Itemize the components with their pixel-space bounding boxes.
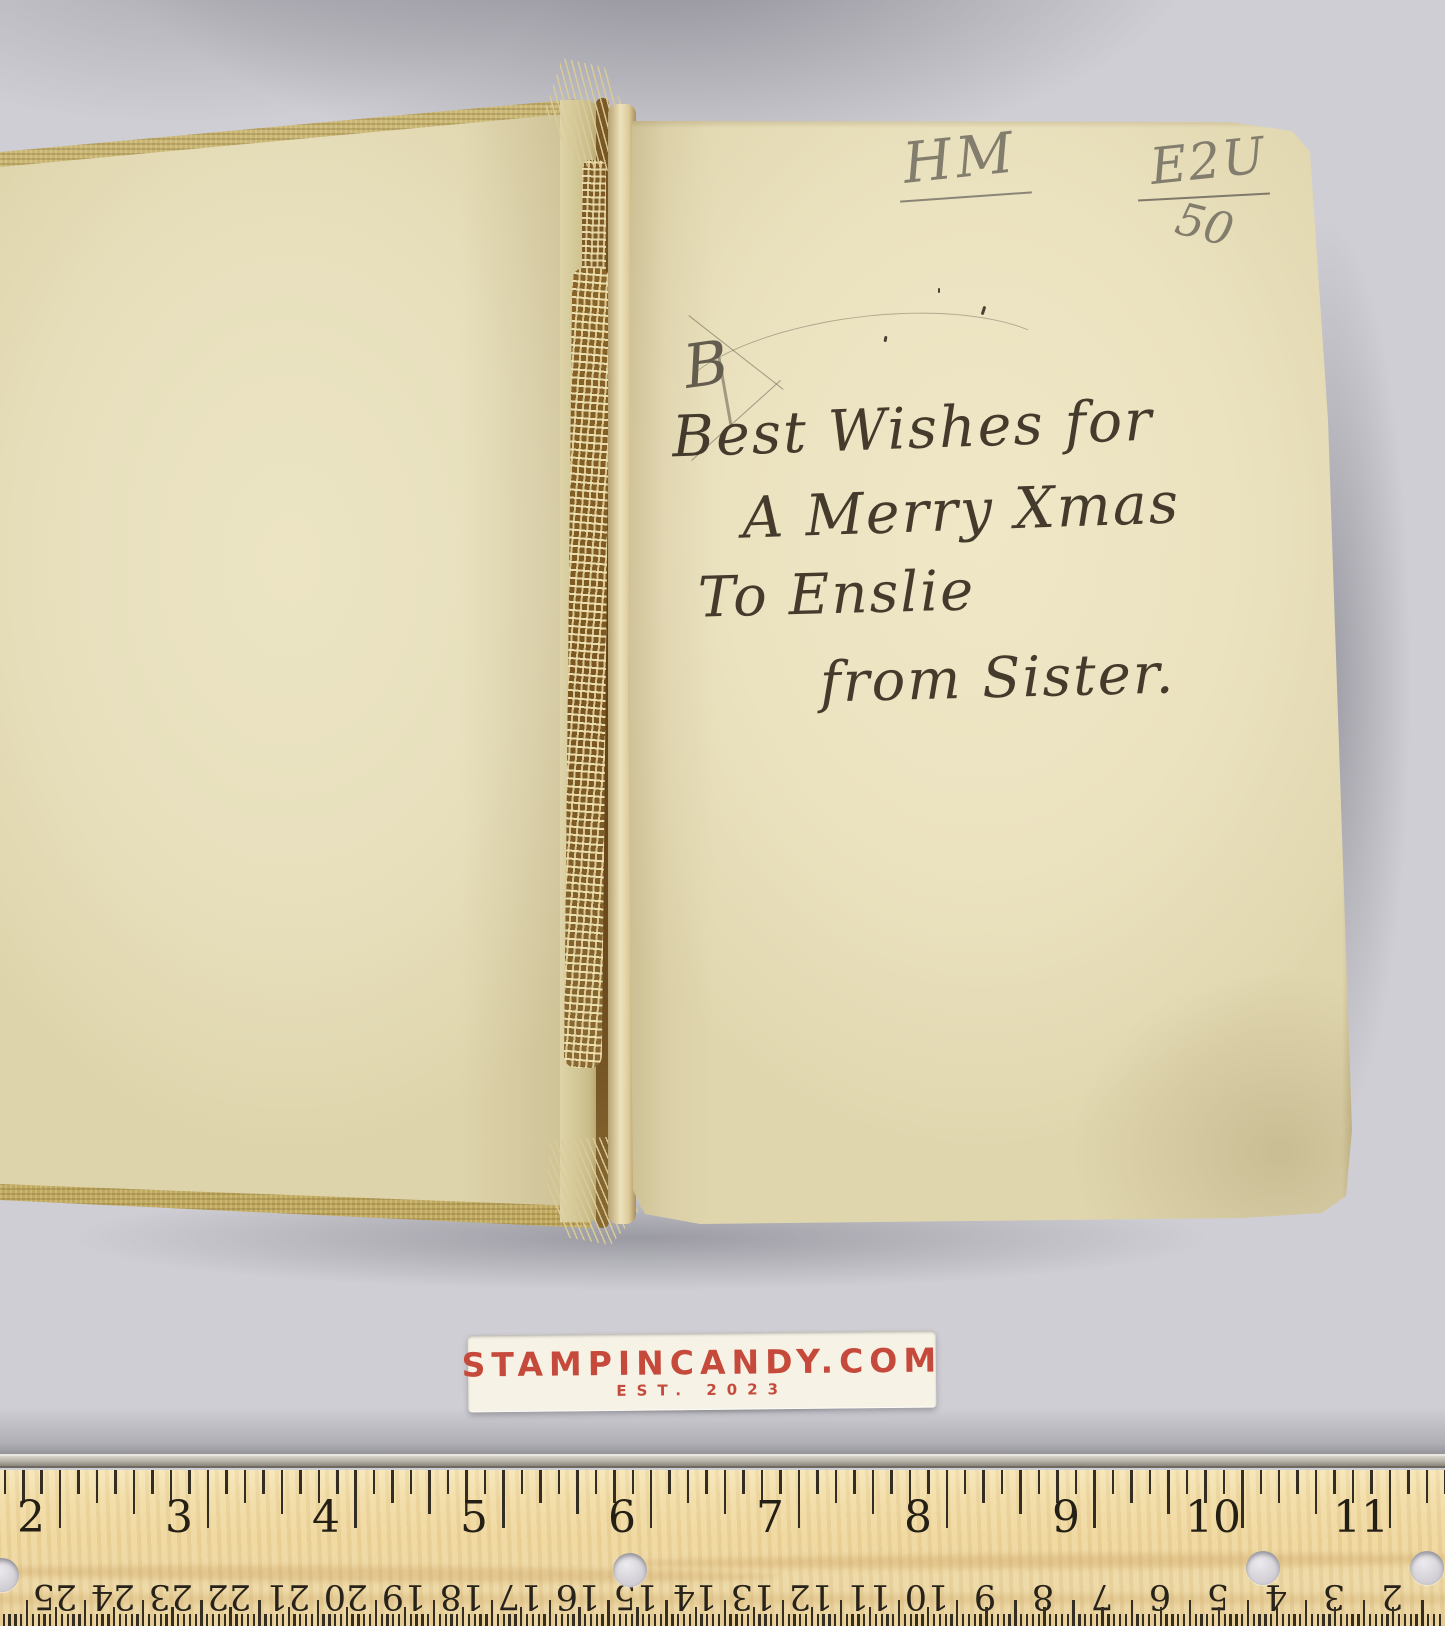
ruler-mm-tick bbox=[1136, 1614, 1138, 1626]
ruler-mm-tick bbox=[1253, 1614, 1255, 1626]
ruler-mm-tick bbox=[485, 1614, 487, 1626]
ruler-mm-tick bbox=[1125, 1614, 1127, 1626]
ruler-fraction-tick bbox=[447, 1470, 450, 1494]
sticker-domain-text: STAMPINCANDY.COM bbox=[461, 1343, 942, 1381]
ruler-mm-tick bbox=[3, 1614, 5, 1626]
ruler-mm-tick bbox=[1142, 1614, 1144, 1626]
ruler-mm-tick bbox=[206, 1614, 208, 1626]
ruler-mm-tick bbox=[1351, 1614, 1353, 1626]
ruler-mm-tick bbox=[1206, 1614, 1208, 1626]
ruler-mm-tick bbox=[346, 1607, 348, 1626]
ruler-mm-tick bbox=[474, 1614, 476, 1626]
ruler-fraction-tick bbox=[1001, 1470, 1004, 1494]
ruler-mm-tick bbox=[177, 1614, 179, 1626]
ruler-mm-tick bbox=[1229, 1614, 1231, 1626]
ruler-fraction-tick bbox=[668, 1470, 671, 1494]
ruler-mm-tick bbox=[805, 1614, 807, 1626]
ruler-mm-tick bbox=[160, 1614, 162, 1626]
ruler-mm-tick bbox=[962, 1614, 964, 1626]
ruler-mm-tick bbox=[735, 1614, 737, 1626]
ruler-cm-tick bbox=[1363, 1600, 1365, 1626]
ruler-cm-tick bbox=[1072, 1600, 1074, 1626]
ruler-fraction-tick bbox=[77, 1470, 80, 1494]
ruler-mm-tick bbox=[1195, 1614, 1197, 1626]
ruler-mm-tick bbox=[921, 1614, 923, 1626]
ruler-mm-tick bbox=[538, 1614, 540, 1626]
ruler-mm-tick bbox=[456, 1614, 458, 1626]
ruler-mm-tick bbox=[561, 1614, 563, 1626]
ruler-cm-tick bbox=[1189, 1600, 1191, 1626]
ruler-mm-tick bbox=[979, 1614, 981, 1626]
ruler-fraction-tick bbox=[835, 1470, 838, 1503]
ruler-inch-tick bbox=[354, 1470, 357, 1528]
ruler-mm-tick bbox=[1264, 1614, 1266, 1626]
ruler-fraction-tick bbox=[281, 1470, 284, 1514]
ruler-mm-tick bbox=[741, 1614, 743, 1626]
photo-scene: HM E2U 50 B Best Wishes for A Merry Xmas… bbox=[0, 0, 1445, 1626]
ruler-mm-tick bbox=[939, 1614, 941, 1626]
ruler-fraction-tick bbox=[890, 1470, 893, 1494]
ruler-mm-tick bbox=[212, 1614, 214, 1626]
ruler-cm-tick bbox=[956, 1600, 958, 1626]
ruler-fraction-tick bbox=[133, 1470, 136, 1514]
ruler-mm-tick bbox=[857, 1614, 859, 1626]
ruler-mm-tick bbox=[654, 1614, 656, 1626]
ruler-mm-tick bbox=[793, 1614, 795, 1626]
ruler-inch-number: 7 bbox=[756, 1492, 784, 1543]
ruler-mm-tick bbox=[38, 1614, 40, 1626]
ruler-mm-tick bbox=[788, 1614, 790, 1626]
ruler-mm-tick bbox=[683, 1614, 685, 1626]
ruler-mm-tick bbox=[1241, 1614, 1243, 1626]
ruler-mm-tick bbox=[1171, 1614, 1173, 1626]
ruler-mm-tick bbox=[1415, 1614, 1417, 1626]
ruler-mm-tick bbox=[1032, 1614, 1034, 1626]
ruler-fraction-tick bbox=[964, 1470, 967, 1494]
ruler-mm-tick bbox=[1386, 1614, 1388, 1626]
ruler-inch-number: 2 bbox=[17, 1492, 45, 1543]
ruler-fraction-tick bbox=[816, 1470, 819, 1494]
ruler-fraction-tick bbox=[244, 1470, 247, 1503]
spine-binding-mesh-patch bbox=[582, 160, 606, 275]
ruler-inch-number: 8 bbox=[904, 1492, 932, 1543]
ruler-mm-tick bbox=[1113, 1614, 1115, 1626]
ruler-mm-tick bbox=[915, 1614, 917, 1626]
ruler-mm-tick bbox=[61, 1614, 63, 1626]
ruler-mm-tick bbox=[1165, 1614, 1167, 1626]
ruler-fraction-tick bbox=[853, 1470, 856, 1494]
ruler-mm-tick bbox=[253, 1614, 255, 1626]
ruler-fraction-tick bbox=[1370, 1470, 1373, 1494]
ruler-mm-tick bbox=[392, 1614, 394, 1626]
ruler-cm-tick bbox=[724, 1600, 726, 1626]
ruler-mm-tick bbox=[945, 1614, 947, 1626]
ruler-fraction-tick bbox=[982, 1470, 985, 1503]
ruler-mm-tick bbox=[1160, 1607, 1162, 1626]
ruler-mm-tick bbox=[1334, 1607, 1336, 1626]
ruler-cm-tick bbox=[433, 1600, 435, 1626]
ruler-mm-tick bbox=[567, 1614, 569, 1626]
ruler-mm-tick bbox=[439, 1614, 441, 1626]
ruler-mm-tick bbox=[340, 1614, 342, 1626]
ruler-mm-tick bbox=[410, 1614, 412, 1626]
ruler-mm-tick bbox=[1322, 1614, 1324, 1626]
ruler-mm-tick bbox=[311, 1614, 313, 1626]
ruler-mm-tick bbox=[764, 1614, 766, 1626]
ruler-fraction-tick bbox=[724, 1470, 727, 1514]
ruler-mm-tick bbox=[1224, 1614, 1226, 1626]
ruler-fraction-tick bbox=[1315, 1470, 1318, 1514]
ruler-inch-number: 3 bbox=[165, 1492, 193, 1543]
ruler-mm-tick bbox=[1392, 1607, 1394, 1626]
ruler-cm-tick bbox=[317, 1600, 319, 1626]
ruler-mm-tick bbox=[270, 1614, 272, 1626]
wooden-ruler: 2345678910112524232221201918171615141312… bbox=[0, 1448, 1445, 1626]
ruler-inch-tick bbox=[650, 1470, 653, 1528]
ruler-cm-tick bbox=[258, 1600, 260, 1626]
ruler-cm-tick bbox=[1421, 1600, 1423, 1626]
inscription-line-3: To Enslie bbox=[697, 558, 976, 630]
ruler-mm-tick bbox=[1078, 1614, 1080, 1626]
ruler-fraction-tick bbox=[632, 1470, 635, 1494]
ruler-mm-tick bbox=[706, 1614, 708, 1626]
ruler-mm-tick bbox=[817, 1614, 819, 1626]
ruler-mm-tick bbox=[1154, 1614, 1156, 1626]
ruler-fraction-tick bbox=[1296, 1470, 1299, 1494]
ruler-mm-tick bbox=[1369, 1614, 1371, 1626]
ruler-mm-tick bbox=[625, 1614, 627, 1626]
ruler-mm-tick bbox=[78, 1614, 80, 1626]
ruler-fraction-tick bbox=[687, 1470, 690, 1503]
ruler-mm-tick bbox=[381, 1614, 383, 1626]
ruler-mm-tick bbox=[96, 1614, 98, 1626]
ruler-mm-tick bbox=[20, 1614, 22, 1626]
ruler-fraction-tick bbox=[576, 1470, 579, 1514]
shop-watermark-sticker: STAMPINCANDY.COM EST. 2023 bbox=[468, 1331, 937, 1413]
ruler-mm-tick bbox=[1148, 1614, 1150, 1626]
ruler-mm-tick bbox=[305, 1614, 307, 1626]
ruler-mm-tick bbox=[799, 1614, 801, 1626]
ruler-mm-tick bbox=[933, 1614, 935, 1626]
ruler-mm-tick bbox=[904, 1614, 906, 1626]
ruler-mm-tick bbox=[1061, 1614, 1063, 1626]
ruler-inch-tick bbox=[1389, 1470, 1392, 1528]
ruler-mm-tick bbox=[468, 1614, 470, 1626]
ruler-mm-tick bbox=[822, 1614, 824, 1626]
ruler-fraction-tick bbox=[151, 1470, 154, 1494]
ruler-mm-tick bbox=[1288, 1614, 1290, 1626]
ruler-mm-tick bbox=[927, 1607, 929, 1626]
ruler-mm-tick bbox=[1200, 1614, 1202, 1626]
ruler-cm-tick bbox=[491, 1600, 493, 1626]
ruler-mm-tick bbox=[1340, 1614, 1342, 1626]
ruler-mm-tick bbox=[875, 1614, 877, 1626]
ruler-mm-tick bbox=[299, 1614, 301, 1626]
ruler-mm-tick bbox=[1317, 1614, 1319, 1626]
ruler-fraction-tick bbox=[40, 1470, 43, 1494]
ruler-mm-tick bbox=[154, 1614, 156, 1626]
ruler-mm-tick bbox=[671, 1614, 673, 1626]
ruler-mm-tick bbox=[1183, 1614, 1185, 1626]
ruler-mm-tick bbox=[503, 1614, 505, 1626]
ruler-mm-tick bbox=[619, 1614, 621, 1626]
ruler-mm-tick bbox=[1084, 1614, 1086, 1626]
ruler-fraction-tick bbox=[1223, 1470, 1226, 1494]
ruler-mm-tick bbox=[578, 1607, 580, 1626]
ruler-mm-tick bbox=[415, 1614, 417, 1626]
ruler-mm-tick bbox=[131, 1614, 133, 1626]
ruler-mm-tick bbox=[1177, 1614, 1179, 1626]
ruler-mm-tick bbox=[1107, 1614, 1109, 1626]
ruler-mm-tick bbox=[55, 1607, 57, 1626]
ruler-mm-tick bbox=[543, 1614, 545, 1626]
ruler-mm-tick bbox=[119, 1614, 121, 1626]
ruler-inch-number: 10 bbox=[1185, 1492, 1241, 1543]
ruler-fraction-tick bbox=[262, 1470, 265, 1494]
ruler-mm-tick bbox=[846, 1614, 848, 1626]
ruler-mm-tick bbox=[869, 1607, 871, 1626]
ruler-mm-tick bbox=[363, 1614, 365, 1626]
ruler-mm-tick bbox=[985, 1607, 987, 1626]
ruler-mm-tick bbox=[1090, 1614, 1092, 1626]
ruler-mm-tick bbox=[1311, 1614, 1313, 1626]
ruler-mm-tick bbox=[747, 1614, 749, 1626]
ruler-mm-tick bbox=[1003, 1614, 1005, 1626]
ruler-fraction-tick bbox=[410, 1470, 413, 1494]
ruler-mm-tick bbox=[293, 1614, 295, 1626]
ruler-inch-number: 9 bbox=[1052, 1492, 1080, 1543]
ruler-mm-tick bbox=[631, 1614, 633, 1626]
ruler-mm-tick bbox=[753, 1607, 755, 1626]
ruler-fraction-tick bbox=[1278, 1470, 1281, 1503]
ruler-mm-tick bbox=[584, 1614, 586, 1626]
ruler-fraction-tick bbox=[1333, 1470, 1336, 1494]
ruler-fraction-tick bbox=[299, 1470, 302, 1494]
ruler-mm-tick bbox=[700, 1614, 702, 1626]
book-left-inside-cover-page bbox=[0, 80, 590, 1240]
ruler-mm-tick bbox=[497, 1614, 499, 1626]
ruler-mm-tick bbox=[427, 1614, 429, 1626]
ruler-fraction-tick bbox=[96, 1470, 99, 1503]
ruler-fraction-tick bbox=[521, 1470, 524, 1494]
ruler-inch-tick bbox=[1241, 1470, 1244, 1528]
ruler-fraction-tick bbox=[742, 1470, 745, 1494]
ruler-fraction-tick bbox=[188, 1470, 191, 1494]
ruler-mm-tick bbox=[1055, 1614, 1057, 1626]
ruler-mm-tick bbox=[514, 1614, 516, 1626]
ruler-inch-tick bbox=[502, 1470, 505, 1528]
ruler-mm-tick bbox=[1328, 1614, 1330, 1626]
ruler-fraction-tick bbox=[428, 1470, 431, 1514]
ruler-mm-tick bbox=[229, 1607, 231, 1626]
ruler-mm-tick bbox=[351, 1614, 353, 1626]
ruler-mm-tick bbox=[974, 1614, 976, 1626]
ruler-cm-tick bbox=[665, 1600, 667, 1626]
ruler-cm-tick bbox=[1014, 1600, 1016, 1626]
ruler-hole bbox=[613, 1553, 647, 1587]
ruler-fraction-tick bbox=[1167, 1470, 1170, 1514]
ruler-mm-tick bbox=[1282, 1614, 1284, 1626]
ruler-mm-tick bbox=[218, 1614, 220, 1626]
ruler-fraction-tick bbox=[539, 1470, 542, 1503]
ruler-mm-tick bbox=[421, 1614, 423, 1626]
ruler-cm-tick bbox=[1131, 1600, 1133, 1626]
ruler-mm-tick bbox=[1008, 1614, 1010, 1626]
ruler-mm-tick bbox=[642, 1614, 644, 1626]
ruler-fraction-tick bbox=[114, 1470, 117, 1494]
ruler-mm-tick bbox=[1404, 1614, 1406, 1626]
ruler-mm-tick bbox=[1049, 1614, 1051, 1626]
ruler-mm-tick bbox=[508, 1614, 510, 1626]
ruler-inch-tick bbox=[59, 1470, 62, 1528]
ruler-fraction-tick bbox=[391, 1470, 394, 1503]
ruler-mm-tick bbox=[1218, 1607, 1220, 1626]
ruler-fraction-tick bbox=[1407, 1470, 1410, 1494]
ruler-fraction-tick bbox=[1075, 1470, 1078, 1494]
ruler-mm-tick bbox=[1235, 1614, 1237, 1626]
ruler-mm-tick bbox=[1212, 1614, 1214, 1626]
ruler-mm-tick bbox=[660, 1614, 662, 1626]
ruler-mm-tick bbox=[811, 1607, 813, 1626]
ruler-mm-tick bbox=[695, 1607, 697, 1626]
ruler-mm-tick bbox=[1293, 1614, 1295, 1626]
ruler-mm-tick bbox=[107, 1614, 109, 1626]
ruler-mm-tick bbox=[596, 1614, 598, 1626]
ruler-mm-tick bbox=[462, 1607, 464, 1626]
ruler-mm-tick bbox=[90, 1614, 92, 1626]
ruler-mm-tick bbox=[357, 1614, 359, 1626]
ruler-fraction-tick bbox=[927, 1470, 930, 1494]
ruler-mm-tick bbox=[1270, 1614, 1272, 1626]
ruler-mm-tick bbox=[1026, 1614, 1028, 1626]
ruler-mm-tick bbox=[1043, 1607, 1045, 1626]
ruler-fraction-tick bbox=[779, 1470, 782, 1494]
ruler-mm-tick bbox=[1410, 1614, 1412, 1626]
ruler-cm-tick bbox=[200, 1600, 202, 1626]
ruler-mm-tick bbox=[776, 1614, 778, 1626]
ruler-mm-tick bbox=[636, 1607, 638, 1626]
ruler-mm-tick bbox=[968, 1614, 970, 1626]
ruler-mm-tick bbox=[183, 1614, 185, 1626]
ruler-cm-tick bbox=[549, 1600, 551, 1626]
ruler-mm-tick bbox=[49, 1614, 51, 1626]
ruler-fraction-tick bbox=[1426, 1470, 1429, 1503]
ruler-mm-tick bbox=[1398, 1614, 1400, 1626]
inscription-line-4: from Sister. bbox=[819, 641, 1176, 715]
ruler-mm-tick bbox=[322, 1614, 324, 1626]
ruler-fraction-tick bbox=[1038, 1470, 1041, 1494]
ruler-inch-number: 5 bbox=[460, 1492, 488, 1543]
ruler-mm-tick bbox=[1038, 1614, 1040, 1626]
ruler-fraction-tick bbox=[872, 1470, 875, 1514]
ruler-mm-tick bbox=[479, 1614, 481, 1626]
ruler-inch-tick bbox=[1093, 1470, 1096, 1528]
ruler-mm-tick bbox=[148, 1614, 150, 1626]
ruler-mm-tick bbox=[171, 1607, 173, 1626]
ruler-inch-tick bbox=[946, 1470, 949, 1528]
ruler-mm-tick bbox=[648, 1614, 650, 1626]
ruler-mm-tick bbox=[276, 1614, 278, 1626]
ruler-mm-tick bbox=[526, 1614, 528, 1626]
ruler-mm-tick bbox=[1119, 1614, 1121, 1626]
ruler-mm-tick bbox=[677, 1614, 679, 1626]
ruler-cm-tick bbox=[375, 1600, 377, 1626]
ruler-mm-tick bbox=[288, 1607, 290, 1626]
ruler-mm-tick bbox=[532, 1614, 534, 1626]
ruler-mm-tick bbox=[718, 1614, 720, 1626]
ruler-inch-number: 11 bbox=[1333, 1492, 1389, 1543]
ruler-mm-tick bbox=[241, 1614, 243, 1626]
ruler-fraction-tick bbox=[225, 1470, 228, 1494]
ruler-mm-tick bbox=[398, 1614, 400, 1626]
ruler-cm-tick bbox=[898, 1600, 900, 1626]
ruler-mm-tick bbox=[613, 1614, 615, 1626]
ruler-mm-tick bbox=[224, 1614, 226, 1626]
ruler-inch-tick bbox=[798, 1470, 801, 1528]
ruler-cm-tick bbox=[1305, 1600, 1307, 1626]
ruler-mm-tick bbox=[555, 1614, 557, 1626]
sticker-established-text: EST. 2023 bbox=[616, 1382, 788, 1399]
ruler-inch-tick bbox=[207, 1470, 210, 1528]
ruler-fraction-tick bbox=[558, 1470, 561, 1494]
ruler-mm-tick bbox=[1299, 1614, 1301, 1626]
ruler-cm-tick bbox=[142, 1600, 144, 1626]
ruler-mm-tick bbox=[195, 1614, 197, 1626]
ruler-mm-tick bbox=[758, 1614, 760, 1626]
ruler-hole bbox=[1246, 1551, 1280, 1585]
ruler-fraction-tick bbox=[4, 1470, 7, 1494]
ruler-cm-tick bbox=[607, 1600, 609, 1626]
ruler-mm-tick bbox=[997, 1614, 999, 1626]
ruler-mm-tick bbox=[851, 1614, 853, 1626]
ruler-inch-number: 6 bbox=[608, 1492, 636, 1543]
ruler-mm-tick bbox=[520, 1607, 522, 1626]
ruler-mm-tick bbox=[43, 1614, 45, 1626]
ruler-mm-tick bbox=[892, 1614, 894, 1626]
ruler-hole bbox=[1410, 1551, 1444, 1585]
ruler-mm-tick bbox=[863, 1614, 865, 1626]
ruler-mm-tick bbox=[101, 1614, 103, 1626]
ruler-mm-tick bbox=[189, 1614, 191, 1626]
ruler-mm-tick bbox=[991, 1614, 993, 1626]
ruler-mm-tick bbox=[334, 1614, 336, 1626]
pencil-code-numerator: E2U bbox=[1147, 126, 1269, 196]
ruler-mm-tick bbox=[328, 1614, 330, 1626]
ruler-mm-tick bbox=[386, 1614, 388, 1626]
ruler-mm-tick bbox=[886, 1614, 888, 1626]
ruler-mm-tick bbox=[572, 1614, 574, 1626]
ruler-fraction-tick bbox=[1260, 1470, 1263, 1494]
ruler-mm-tick bbox=[264, 1614, 266, 1626]
ruler-mm-tick bbox=[828, 1614, 830, 1626]
ruler-cm-tick bbox=[84, 1600, 86, 1626]
ruler-inch-number: 4 bbox=[312, 1492, 340, 1543]
ruler-mm-tick bbox=[601, 1614, 603, 1626]
ruler-fraction-tick bbox=[1186, 1470, 1189, 1494]
ruler-mm-tick bbox=[282, 1614, 284, 1626]
ruler-mm-tick bbox=[67, 1614, 69, 1626]
ruler-fraction-tick bbox=[1149, 1470, 1152, 1494]
ruler-mm-tick bbox=[125, 1614, 127, 1626]
ruler-mm-tick bbox=[770, 1614, 772, 1626]
ruler-mm-tick bbox=[881, 1614, 883, 1626]
ruler-mm-tick bbox=[834, 1614, 836, 1626]
ruler-cm-tick bbox=[782, 1600, 784, 1626]
ruler-mm-tick bbox=[1096, 1614, 1098, 1626]
ruler-mm-tick bbox=[247, 1614, 249, 1626]
ruler-metal-edge bbox=[0, 1456, 1445, 1468]
ruler-mm-tick bbox=[14, 1614, 16, 1626]
